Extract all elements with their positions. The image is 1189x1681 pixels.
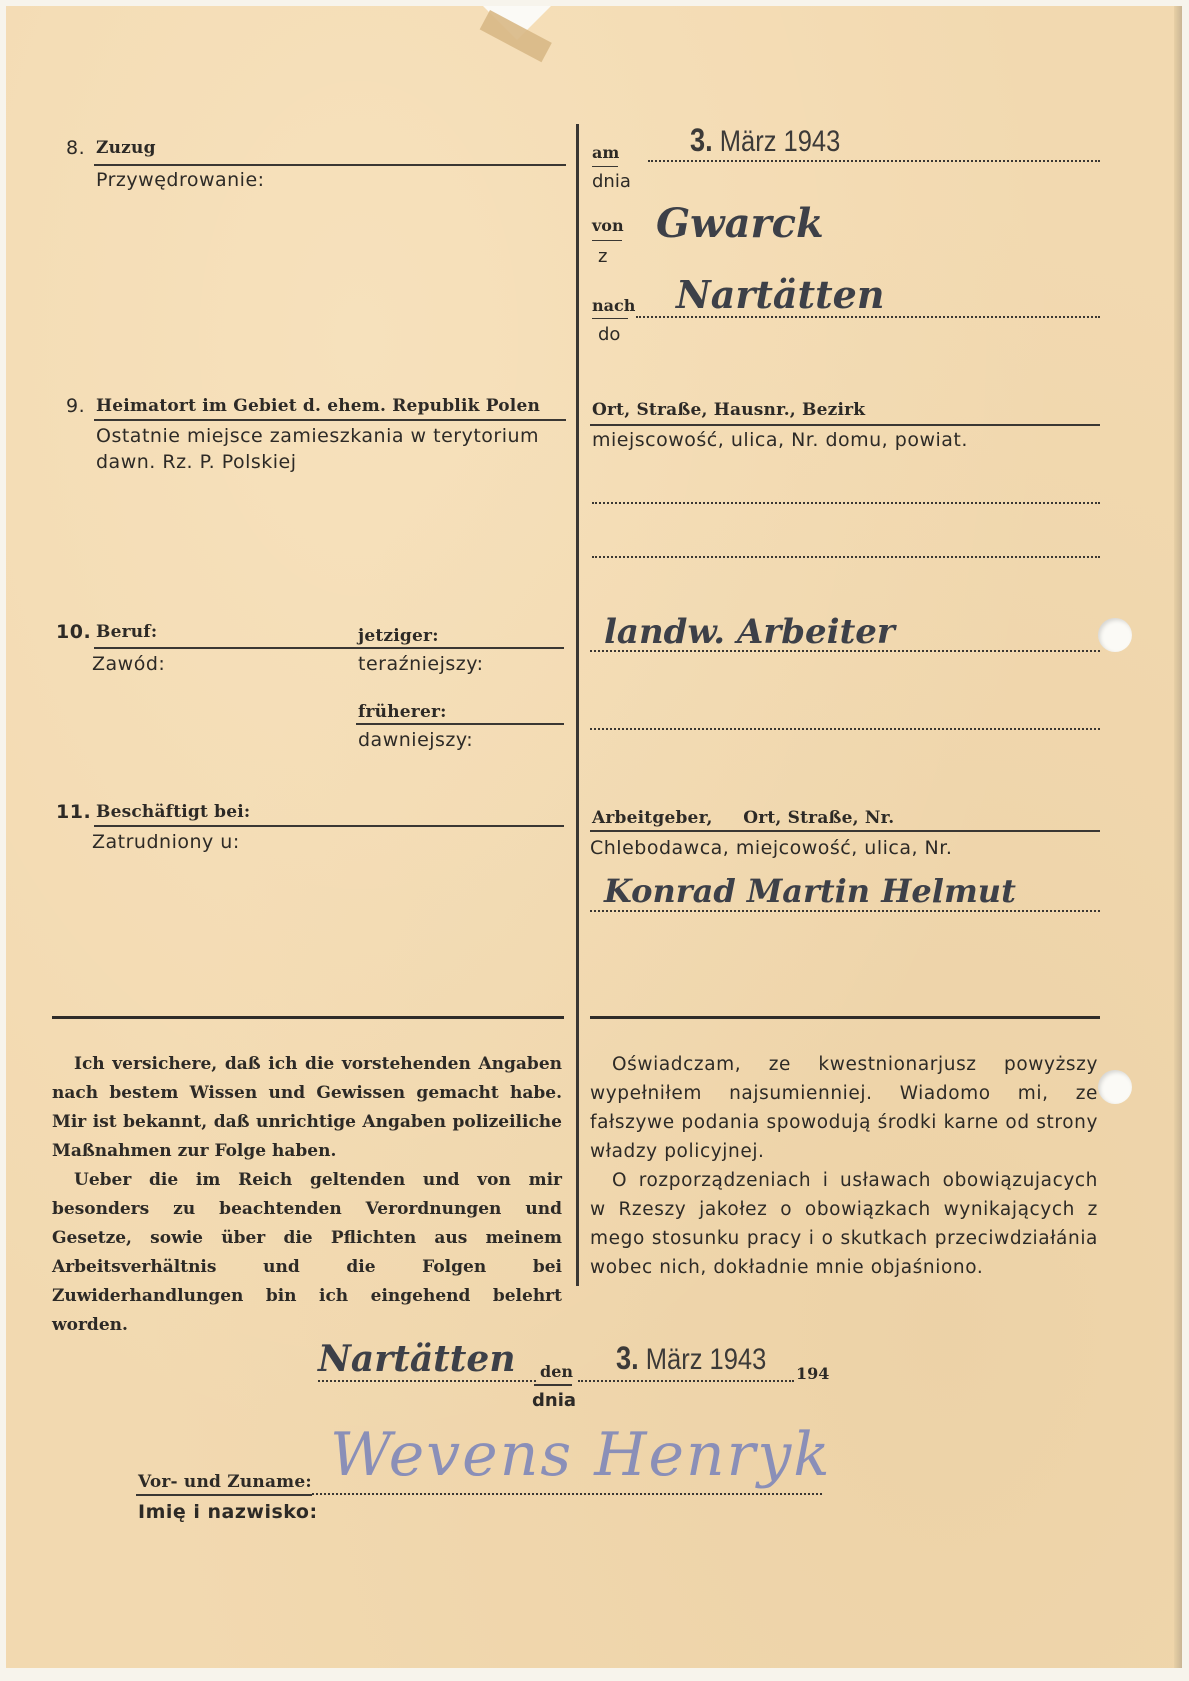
address-field-line2[interactable] — [592, 556, 1100, 558]
separator-right — [590, 1016, 1100, 1019]
employer-rule — [590, 830, 1100, 832]
name-signature[interactable]: Wevens Henryk — [330, 1420, 832, 1490]
declaration-de-paragraph-1: Ich versichere, daß ich die vorstehenden… — [52, 1050, 562, 1166]
to-label-pl: do — [598, 324, 620, 345]
place-handwritten[interactable]: Nartätten — [318, 1338, 516, 1380]
punch-hole-bottom — [1098, 1070, 1132, 1104]
current-label-pl: teraźniejszy: — [358, 652, 484, 676]
declaration-pl-paragraph-1: Oświadczam, ze kwestnionarjusz powyższy … — [590, 1050, 1098, 1166]
page-edge-shadow — [1174, 6, 1182, 1668]
section10-label-de: Beruf: — [96, 620, 157, 644]
signature-stamp-month-year: März 1943 — [646, 1343, 766, 1376]
to-value-handwritten[interactable]: Nartätten — [676, 272, 884, 317]
section10-rule — [94, 647, 564, 649]
dnia-label: dnia — [532, 1390, 576, 1411]
from-value-handwritten[interactable]: Gwarck — [656, 200, 824, 247]
declaration-german: Ich versichere, daß ich die vorstehenden… — [52, 1050, 562, 1340]
section9-rule — [94, 419, 566, 421]
former-occupation-field[interactable] — [590, 728, 1100, 730]
employer-field[interactable] — [590, 910, 1100, 912]
section9-right-label-pl: miejscowość, ulica, Nr. domu, powiat. — [592, 428, 968, 452]
declaration-de-paragraph-2: Ueber die im Reich geltenden und von mir… — [52, 1166, 562, 1340]
to-label-de: nach — [592, 296, 635, 315]
current-label-de: jetziger: — [358, 624, 439, 648]
section9-right-label-de: Ort, Straße, Hausnr., Bezirk — [592, 398, 865, 422]
name-label-rule — [136, 1494, 312, 1496]
signature-date-stamp: 3. März 1943 — [616, 1340, 766, 1377]
employer-label-pl: Chlebodawca, miejcowość, ulica, Nr. — [590, 836, 952, 860]
section10-label-pl: Zawód: — [92, 652, 165, 676]
section11-number: 11. — [56, 800, 91, 824]
former-rule — [356, 723, 564, 725]
former-label-pl: dawniejszy: — [358, 728, 473, 752]
employer-label-de: Arbeitgeber, Ort, Straße, Nr. — [592, 806, 894, 830]
date-stamp-month-year: März 1943 — [720, 125, 840, 158]
former-label-de: früherer: — [358, 700, 447, 724]
section9-right-rule — [590, 424, 1100, 426]
name-field[interactable] — [312, 1493, 822, 1495]
section11-label-de: Beschäftigt bei: — [96, 800, 250, 824]
label-rule — [592, 318, 628, 319]
section8-label-pl: Przywędrowanie: — [96, 168, 265, 192]
den-rule — [534, 1384, 572, 1386]
year-prefix: 194 — [796, 1364, 829, 1383]
section9-label-pl-line1: Ostatnie miejsce zamieszkania w terytori… — [96, 424, 539, 448]
date-stamp: 3. März 1943 — [690, 122, 840, 159]
name-label-de: Vor- und Zuname: — [138, 1470, 312, 1494]
punch-hole-top — [1098, 618, 1132, 652]
employer-handwritten[interactable]: Konrad Martin Helmut — [604, 872, 1016, 910]
section8-rule — [94, 164, 566, 166]
from-label-de: von — [592, 216, 624, 235]
signature-stamp-day: 3. — [616, 1340, 639, 1376]
section9-number: 9. — [66, 394, 85, 418]
signature-date-field[interactable] — [578, 1380, 794, 1382]
label-rule — [592, 240, 622, 241]
section11-rule — [94, 825, 564, 827]
current-occupation-handwritten[interactable]: landw. Arbeiter — [604, 612, 895, 652]
den-label: den — [540, 1362, 573, 1381]
date-stamp-day: 3. — [690, 122, 713, 158]
section9-label-de: Heimatort im Gebiet d. ehem. Republik Po… — [96, 394, 540, 418]
column-divider — [576, 124, 579, 1286]
place-field[interactable] — [318, 1380, 536, 1382]
section8-number: 8. — [66, 136, 85, 160]
section9-label-pl-line2: dawn. Rz. P. Polskiej — [96, 450, 297, 474]
section10-number: 10. — [56, 620, 91, 644]
address-field-line1[interactable] — [592, 502, 1100, 504]
from-label-pl: z — [598, 246, 607, 267]
separator-left — [52, 1016, 564, 1019]
name-label-pl: Imię i nazwisko: — [138, 1500, 318, 1524]
declaration-pl-paragraph-2: O rozporządzeniach i usławach obowiązuja… — [590, 1166, 1098, 1282]
section11-label-pl: Zatrudniony u: — [92, 830, 240, 854]
date-label-de: am — [592, 143, 619, 162]
declaration-polish: Oświadczam, ze kwestnionarjusz powyższy … — [590, 1050, 1098, 1282]
date-label-pl: dnia — [592, 171, 631, 192]
section8-label-de: Zuzug — [96, 136, 156, 160]
label-rule — [592, 166, 618, 167]
date-field[interactable] — [648, 160, 1100, 162]
